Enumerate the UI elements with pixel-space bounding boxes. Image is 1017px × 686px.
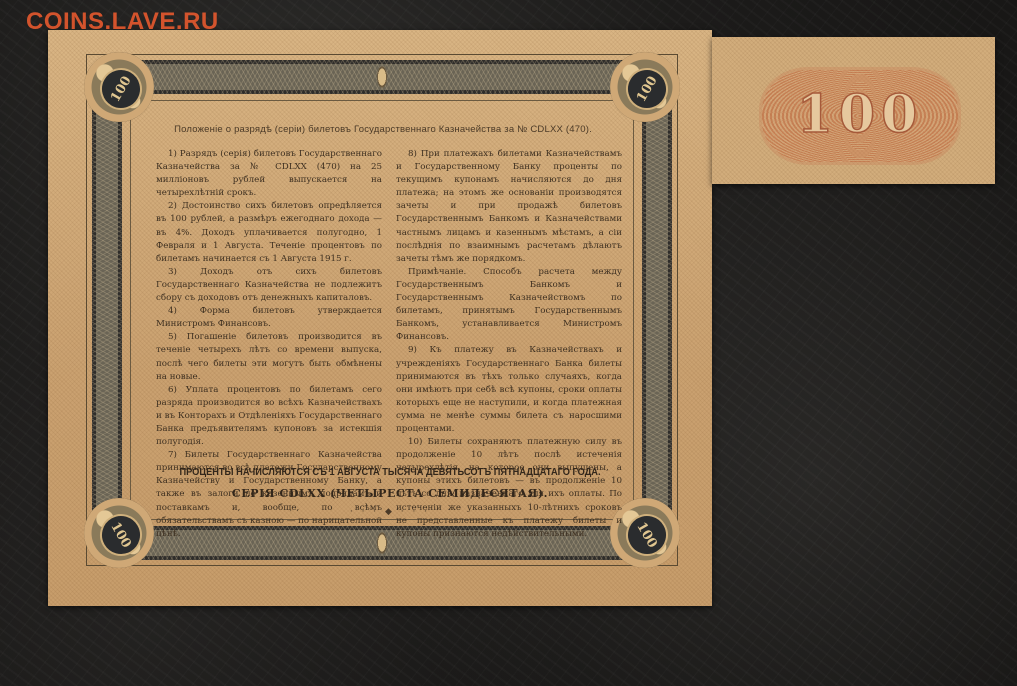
clause-4: 4) Форма билетовъ утверждается Министром… [156,305,382,331]
banknote-reverse: 100 100 100 100 Положеніе о разрядѣ (сер… [48,30,712,606]
clause-5: 5) Погашеніе билетовъ производится въ те… [156,331,382,383]
corner-ornament-top-right: 100 [606,48,684,126]
clause-6: 6) Уплата процентовъ по билетамъ сего ра… [156,384,382,449]
coupon-stub: 100 [712,37,995,184]
clause-2: 2) Достоинство сихъ билетовъ опредѣляетс… [156,200,382,265]
fleur-ornament-icon [375,62,389,92]
corner-ornament-top-left: 100 [80,48,158,126]
clause-8: 8) При платежахъ билетами Казначействамъ… [396,148,622,266]
corner-ornament-bottom-left: 100 [80,494,158,572]
clause-3: 3) Доходъ отъ сихъ билетовъ Государствен… [156,266,382,305]
site-watermark: COINS.LAVE.RU [26,8,219,36]
clause-note: Примѣчаніе. Способъ расчета между Госуда… [396,266,622,345]
ornament-divider: · · · ◆ · · · [338,507,442,517]
right-column: 8) При платежахъ билетами Казначействамъ… [396,148,622,541]
guilloche-rosette-icon: 100 [762,70,958,162]
left-column: 1) Разрядъ (серія) билетовъ Государствен… [156,148,382,541]
regulation-text: 1) Разрядъ (серія) билетовъ Государствен… [156,148,622,541]
clause-9: 9) Къ платежу въ Казначействахъ и учрежд… [396,344,622,436]
frame-left-band [92,108,122,512]
stub-denomination: 100 [762,84,958,145]
frame-right-band [642,108,672,512]
series-line: СЕРІЯ CDLXX (ЧЕТЫРЕСТА СЕМИДЕСЯТАЯ). [140,487,640,500]
regulation-heading: Положеніе о разрядѣ (серіи) билетовъ Гос… [168,124,598,135]
interest-start-line: ПРОЦЕНТЫ НАЧИСЛЯЮТСЯ СЪ 1 АВГУСТА ТЫСЯЧА… [170,466,610,478]
clause-1: 1) Разрядъ (серія) билетовъ Государствен… [156,148,382,200]
